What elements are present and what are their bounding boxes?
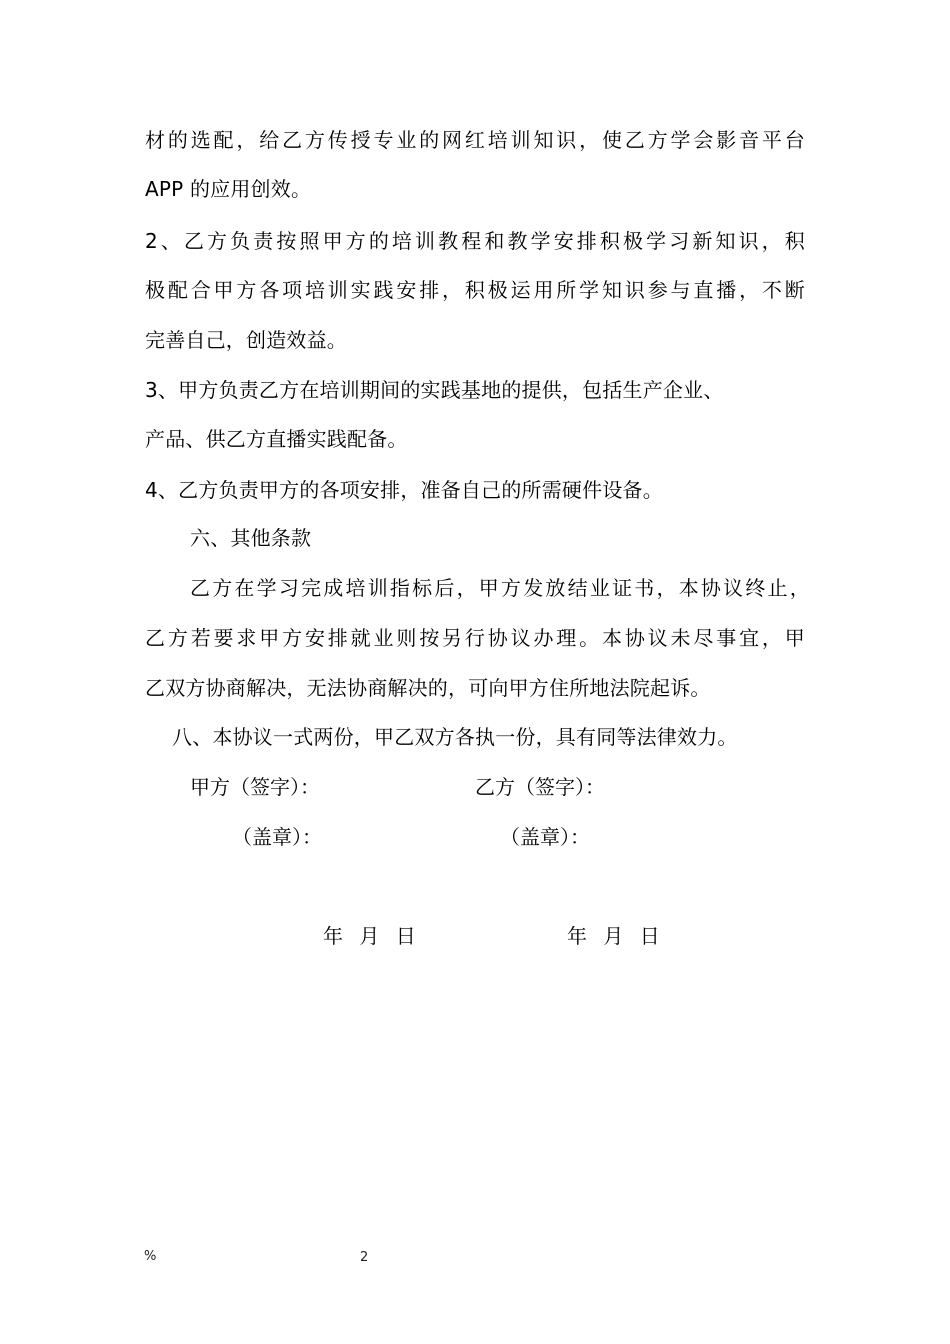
clause-4-line: 4、乙方负责甲方的各项安排，准备自己的所需硬件设备。 [145,476,663,504]
footer-mark: % [144,1249,156,1265]
paragraph-line: 乙双方协商解决，无法协商解决的，可向甲方住所地法院起诉。 [145,674,711,702]
party-b-signature-label: 乙方（签字）： [475,773,605,801]
party-a-signature-label: 甲方（签字）： [190,773,320,801]
document-page: 材的选配，给乙方传授专业的网红培训知识，使乙方学会影音平台 APP 的应用创效。… [0,0,950,1344]
paragraph-line: APP 的应用创效。 [145,175,311,203]
paragraph-line: 材的选配，给乙方传授专业的网红培训知识，使乙方学会影音平台 [145,126,805,154]
page-number: 2 [360,1250,368,1266]
party-a-date: 年 月 日 [323,922,416,950]
clause-2-line: 2、乙方负责按照甲方的培训教程和教学安排积极学习新知识，积 [145,227,805,255]
paragraph-line: 乙方在学习完成培训指标后，甲方发放结业证书，本协议终止， [190,574,810,602]
party-a-seal-label: （盖章）： [232,823,322,851]
clause-3-line: 3、甲方负责乙方在培训期间的实践基地的提供，包括生产企业、 [145,376,724,404]
clause-3-line: 产品、供乙方直播实践配备。 [145,425,408,453]
section-eight-line: 八、本协议一式两份，甲乙双方各执一份，具有同等法律效力。 [172,723,738,751]
clause-2-line: 完善自己，创造效益。 [145,326,347,354]
party-b-date: 年 月 日 [567,922,660,950]
paragraph-line: 乙方若要求甲方安排就业则按另行协议办理。本协议未尽事宜，甲 [145,624,805,652]
section-heading-other-terms: 六、其他条款 [190,524,311,552]
clause-2-line: 极配合甲方各项培训实践安排，积极运用所学知识参与直播，不断 [145,276,805,304]
party-b-seal-label: （盖章）： [500,823,590,851]
